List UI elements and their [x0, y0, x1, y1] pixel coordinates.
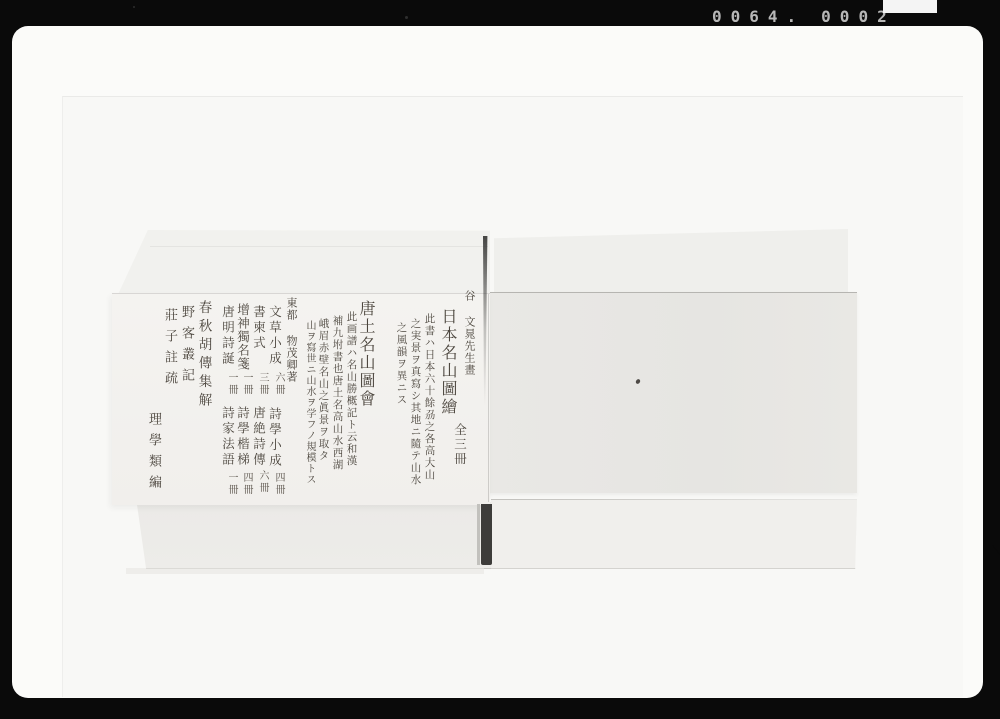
- book-title: 唐明詩誕: [221, 305, 234, 367]
- book-volumes: 四冊: [273, 472, 283, 496]
- gutter-binding-bar: [481, 504, 492, 565]
- dust-speck: [405, 16, 408, 19]
- column-attribution: 谷 文晁先生畫: [464, 290, 475, 376]
- column-note: 此画譜ハ名山勝概記ト云和漢: [346, 311, 357, 467]
- left-page-stack: [114, 230, 490, 295]
- column-note: 山ヲ寫世ニ山水ヲ学フノ規模トス: [304, 320, 314, 485]
- book-title: 增神獨名箋: [236, 303, 249, 371]
- right-blank-page: [487, 292, 857, 493]
- right-under-page: [494, 229, 848, 295]
- column-title-nihon-meizan: 日本名山圖繪: [440, 308, 456, 416]
- column-title-morokoshi-meizan: 唐土名山圖會: [358, 300, 374, 408]
- column-title-soji: 莊子註疏: [163, 308, 176, 392]
- book-volumes: 一冊: [226, 472, 236, 496]
- column-title-rigaku: 理學類編: [147, 412, 160, 496]
- column-note: 之風韻ヲ異ニス: [396, 322, 407, 406]
- lower-page-edge: [126, 568, 484, 574]
- left-lower-page: [112, 502, 491, 569]
- book-volumes: 四冊: [241, 472, 251, 496]
- column-author: 東都 物茂卿著: [286, 297, 297, 383]
- book-title: 書柬式: [252, 305, 265, 352]
- page-edge-line: [150, 246, 488, 247]
- page-gutter-edge: [488, 294, 489, 502]
- right-lower-page: [491, 499, 857, 569]
- gutter-highlight: [477, 504, 480, 565]
- book-volumes: 六冊: [273, 372, 283, 396]
- book-title: 詩學楷梯: [236, 406, 249, 468]
- film-counter: 0064. 0002: [712, 7, 896, 26]
- book-volumes: 一冊: [241, 372, 251, 396]
- book-title: 文草小成: [268, 305, 281, 367]
- column-title-yakaku: 野客叢記: [180, 305, 193, 389]
- book-volumes: 一冊: [226, 372, 236, 396]
- film-edge-notch: [883, 0, 937, 13]
- column-note: 峨眉赤壁名山之眞景ヲ取タ: [318, 318, 329, 462]
- book-volumes: 六冊: [257, 470, 267, 494]
- dust-speck: [133, 6, 135, 8]
- book-title: 詩學小成: [268, 407, 281, 469]
- column-volume-count: 全三冊: [453, 423, 466, 467]
- counter-frame-number: 0064.: [712, 7, 805, 26]
- column-note: 此書ハ日本六十餘刕之各高大山: [424, 313, 435, 481]
- column-title-shunju: 春秋胡傳集解: [196, 300, 210, 411]
- column-note: 之実景ヲ真寫シ其地ニ隨テ山水: [410, 318, 421, 486]
- book-title: 唐絶詩傳: [252, 406, 265, 468]
- book-title: 詩家法語: [221, 406, 234, 468]
- book-volumes: 三冊: [257, 372, 267, 396]
- column-note: 補九坿書也唐土名高山水西湖: [332, 315, 343, 471]
- film-frame: 0064. 0002 谷 文晁先生畫 日本名山圖繪 全三冊 此書ハ日本六十餘刕之…: [0, 0, 1000, 719]
- scratch-mark: [992, 545, 1000, 613]
